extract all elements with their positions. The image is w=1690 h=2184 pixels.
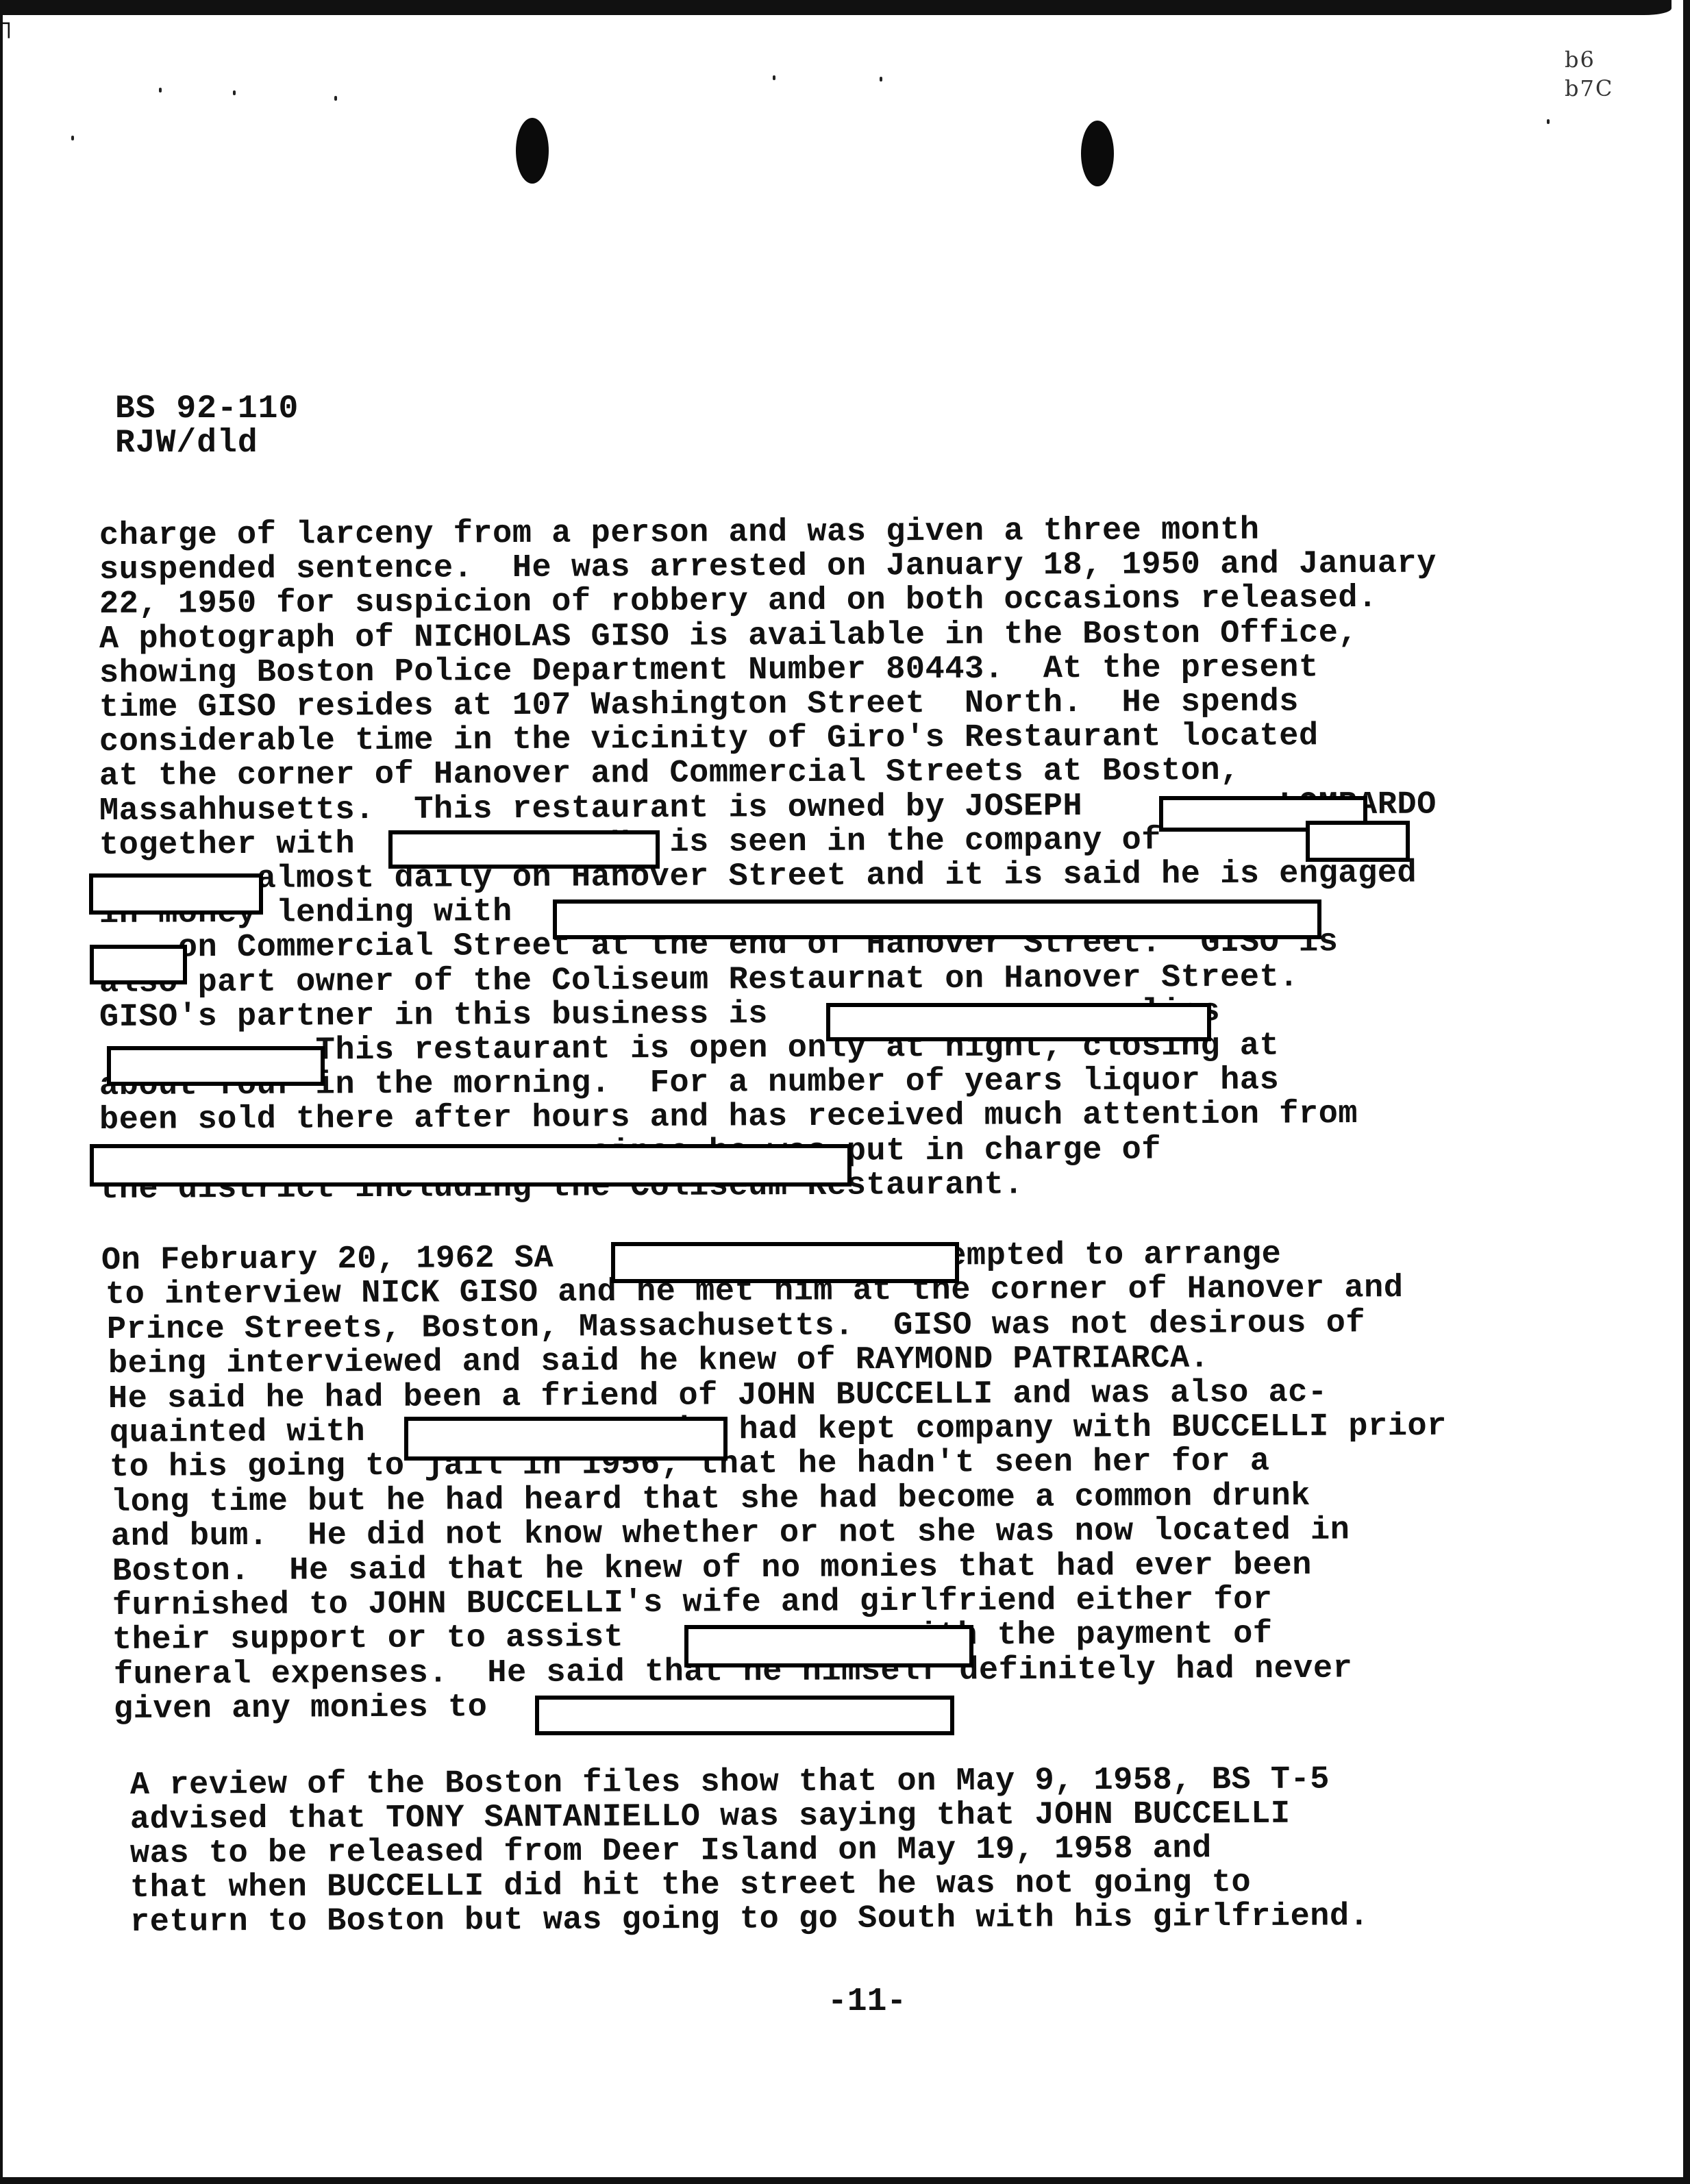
text-line: been sold there after hours and has rece…	[99, 1097, 1358, 1138]
scan-speck	[71, 136, 74, 140]
redaction-box	[388, 830, 660, 869]
exemption-code: b6	[1565, 45, 1613, 74]
scan-border-left	[0, 0, 3, 2184]
redaction-box	[89, 873, 263, 915]
scan-speck	[1547, 119, 1550, 124]
document-page: ┐ b6 b7C BS 92-110 RJW/dld charge of lar…	[0, 0, 1690, 2184]
redaction-box	[684, 1625, 973, 1667]
redaction-box	[611, 1242, 959, 1283]
foia-exemption-codes: b6 b7C	[1565, 45, 1613, 103]
redaction-box	[90, 945, 187, 984]
redaction-box	[535, 1696, 954, 1735]
scan-speck	[773, 75, 775, 80]
redaction-box	[107, 1046, 325, 1086]
scan-speck	[334, 96, 337, 101]
scan-border-bottom	[0, 2177, 1690, 2184]
text-line: almost daily on Hanover Street and it is…	[99, 857, 1417, 897]
redaction-box	[553, 899, 1321, 939]
text-line: given any monies to	[114, 1691, 488, 1727]
exemption-code: b7C	[1565, 74, 1613, 103]
punch-hole	[516, 118, 549, 184]
file-number: BS 92-110	[115, 392, 299, 426]
scan-border-right	[1683, 0, 1690, 2184]
scan-speck	[880, 77, 882, 82]
folded-corner-mark: ┐	[1, 12, 16, 37]
text-line: return to Boston but was going to go Sou…	[130, 1900, 1369, 1940]
punch-hole	[1081, 121, 1114, 186]
redaction-box	[404, 1417, 728, 1461]
redaction-box	[826, 1003, 1211, 1041]
redaction-box	[90, 1144, 852, 1187]
typist-initials: RJW/dld	[115, 426, 258, 460]
redaction-box	[1306, 821, 1410, 862]
scan-speck	[233, 90, 236, 95]
scan-speck	[159, 88, 162, 92]
page-number: -11-	[828, 1983, 906, 2020]
scan-border-top	[0, 0, 1672, 15]
